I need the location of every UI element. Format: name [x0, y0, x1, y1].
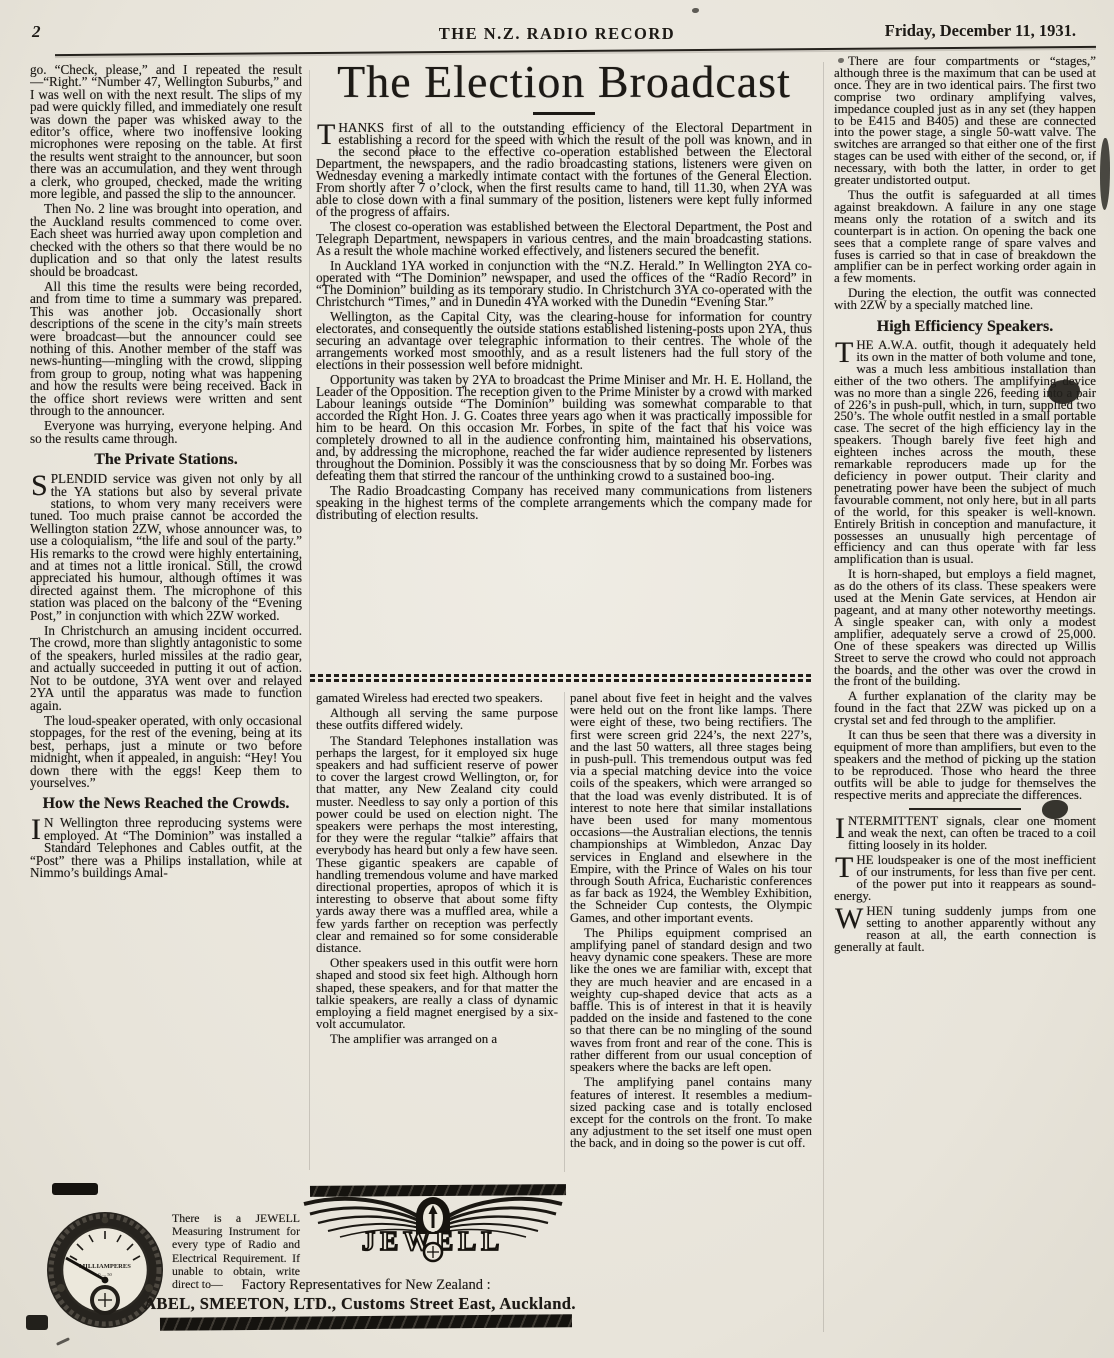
paragraph: The loud-speaker operated, with only occ…	[30, 715, 302, 789]
paragraph: INTERMITTENT signals, clear one moment a…	[834, 816, 1096, 852]
column-rule	[823, 62, 824, 1332]
paragraph: IN Wellington three reproducing systems …	[30, 817, 302, 879]
paragraph-divider-rule	[909, 808, 1021, 810]
paragraph: gamated Wireless had erected two speaker…	[316, 692, 558, 704]
jewell-advertisement: MILLIAMPERES 0 — 50 There is a JEWELL Me…	[26, 1182, 578, 1350]
paragraph: panel about five feet in height and the …	[570, 692, 812, 924]
paragraph-text: HE A.W.A. outfit, though it adequately h…	[834, 338, 1096, 566]
right-column: There are four compartments or “stages,”…	[834, 56, 1096, 1350]
paragraph: Thus the outfit is safeguarded at all ti…	[834, 190, 1096, 285]
issue-date: Friday, December 11, 1931.	[885, 21, 1076, 41]
paragraph-text: HANKS first of all to the outstanding ef…	[316, 120, 812, 219]
dashed-divider	[310, 674, 812, 683]
paragraph: Then No. 2 line was brought into operati…	[30, 203, 302, 277]
ink-mark	[52, 1183, 98, 1195]
paragraph-text: PLENDID service was given not only by al…	[30, 471, 302, 622]
paragraph: THANKS first of all to the outstanding e…	[316, 122, 812, 218]
article-headline: The Election Broadcast	[316, 58, 812, 106]
ad-representative-line: Factory Representatives for New Zealand …	[156, 1277, 576, 1294]
drop-cap: T	[316, 122, 338, 147]
left-column: go. “Check, please,” and I repeated the …	[30, 64, 302, 1182]
paragraph: Although all serving the same purpose th…	[316, 707, 558, 731]
paragraph-text: NTERMITTENT signals, clear one moment an…	[848, 814, 1096, 852]
drop-cap: S	[30, 473, 51, 498]
section-heading: How the News Reached the Crowds.	[30, 795, 302, 813]
lower-right-column: panel about five feet in height and the …	[570, 692, 812, 1354]
jewell-wings-logo: JEWELL	[294, 1192, 572, 1264]
paragraph: All this time the results were being rec…	[30, 281, 302, 417]
paragraph: Other speakers used in this outfit were …	[316, 957, 558, 1030]
paragraph: The Standard Telephones installation was…	[316, 735, 558, 955]
drop-cap: W	[834, 906, 866, 931]
drop-cap: T	[834, 855, 856, 880]
paragraph: There are four compartments or “stages,”…	[834, 56, 1096, 187]
column-rule	[564, 692, 565, 1172]
paragraph-text: HE loudspeaker is one of the most ineffi…	[834, 853, 1096, 903]
drop-cap: I	[834, 816, 848, 841]
paragraph: A further explanation of the clarity may…	[834, 691, 1096, 727]
paragraph: It is horn-shaped, but employs a field m…	[834, 569, 1096, 688]
paragraph: The amplifying panel contains many featu…	[570, 1076, 812, 1149]
drop-cap: T	[834, 340, 856, 365]
paragraph: Everyone was hurrying, everyone helping.…	[30, 420, 302, 445]
paragraph-text: N Wellington three reproducing systems w…	[30, 815, 302, 880]
paragraph: It can thus be seen that there was a div…	[834, 730, 1096, 801]
paragraph: go. “Check, please,” and I repeated the …	[30, 64, 302, 200]
section-heading: The Private Stations.	[30, 451, 302, 469]
drop-cap: I	[30, 817, 44, 842]
paragraph: THE loudspeaker is one of the most ineff…	[834, 855, 1096, 903]
section-heading: High Efficiency Speakers.	[834, 318, 1096, 336]
headline-rule	[533, 112, 595, 115]
paragraph: THE A.W.A. outfit, though it adequately …	[834, 340, 1096, 566]
paragraph: Opportunity was taken by 2YA to broadcas…	[316, 374, 812, 482]
center-column: The Election Broadcast THANKS first of a…	[316, 52, 812, 676]
paragraph: The Radio Broadcasting Company has recei…	[316, 485, 812, 521]
paragraph: The Philips equipment comprised an ampli…	[570, 927, 812, 1073]
paragraph: Wellington, as the Capital City, was the…	[316, 311, 812, 371]
paragraph: In Christchurch an amusing incident occu…	[30, 625, 302, 712]
paragraph: WHEN tuning suddenly jumps from one sett…	[834, 906, 1096, 954]
paragraph: The closest co-operation was established…	[316, 221, 812, 257]
column-rule	[309, 70, 310, 1170]
ink-blot	[26, 1315, 48, 1330]
ad-bottom-bar	[160, 1314, 572, 1331]
paragraph-text: HEN tuning suddenly jumps from one setti…	[834, 904, 1096, 954]
newspaper-page: 2 THE N.Z. RADIO RECORD Friday, December…	[0, 0, 1114, 1358]
ink-speck	[692, 8, 699, 13]
paragraph: In Auckland 1YA worked in conjunction wi…	[316, 260, 812, 308]
lower-left-column: gamated Wireless had erected two speaker…	[316, 692, 558, 1180]
paragraph: During the election, the outfit was conn…	[834, 288, 1096, 312]
paragraph: The amplifier was arranged on a	[316, 1033, 558, 1045]
ink-blot	[1100, 138, 1110, 210]
ad-company-line: ABEL, SMEETON, LTD., Customs Street East…	[134, 1294, 586, 1314]
paragraph: SPLENDID service was given not only by a…	[30, 473, 302, 622]
